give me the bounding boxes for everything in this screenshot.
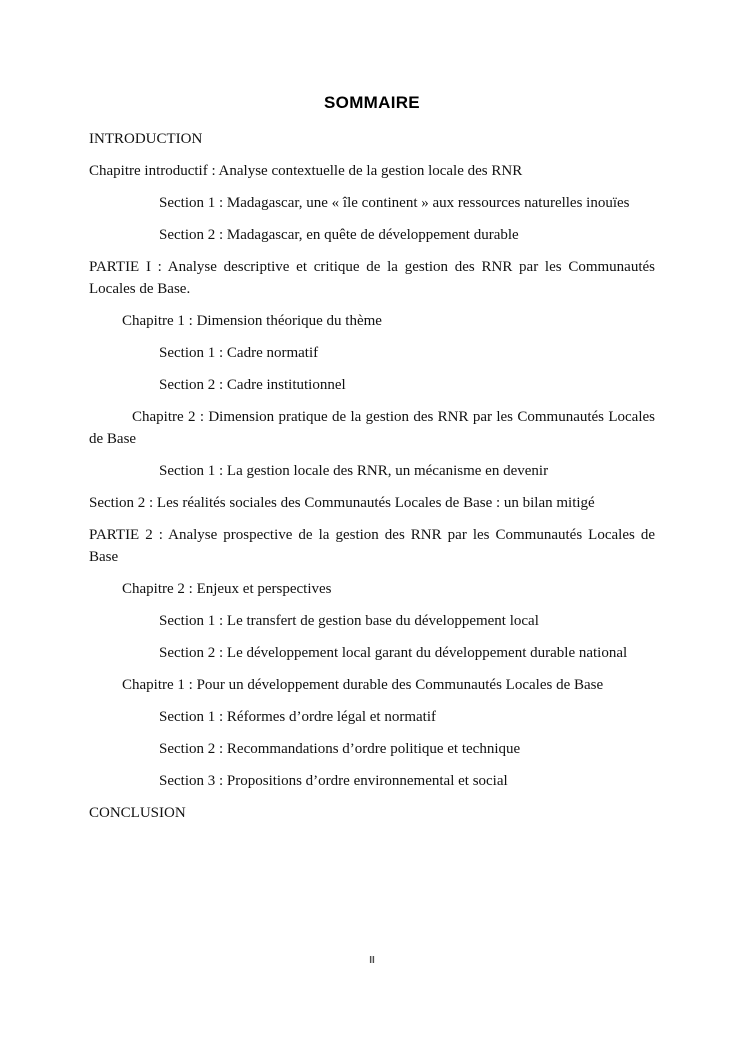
toc-entry: Section 1 : La gestion locale des RNR, u… xyxy=(89,460,655,482)
toc-entry: Section 1 : Cadre normatif xyxy=(89,342,655,364)
toc-entry: PARTIE I : Analyse descriptive et critiq… xyxy=(89,256,655,300)
page-number: II xyxy=(0,955,744,967)
toc-entry: Chapitre introductif : Analyse contextue… xyxy=(89,160,655,182)
toc-entry: Section 1 : Réformes d’ordre légal et no… xyxy=(89,706,655,728)
toc-entry: Chapitre 2 : Dimension pratique de la ge… xyxy=(89,406,655,450)
toc-entry: Chapitre 2 : Enjeux et perspectives xyxy=(89,578,655,600)
toc-entry: Section 2 : Cadre institutionnel xyxy=(89,374,655,396)
toc-list: INTRODUCTIONChapitre introductif : Analy… xyxy=(89,128,655,824)
toc-entry: Section 1 : Madagascar, une « île contin… xyxy=(89,192,655,214)
toc-entry: Section 1 : Le transfert de gestion base… xyxy=(89,610,655,632)
toc-entry: Section 2 : Madagascar, en quête de déve… xyxy=(89,224,655,246)
toc-entry: Section 2 : Les réalités sociales des Co… xyxy=(89,492,655,514)
toc-entry: Section 2 : Le développement local garan… xyxy=(89,642,655,664)
toc-entry: Chapitre 1 : Dimension théorique du thèm… xyxy=(89,310,655,332)
toc-entry: CONCLUSION xyxy=(89,802,655,824)
toc-entry: Section 2 : Recommandations d’ordre poli… xyxy=(89,738,655,760)
document-page: SOMMAIRE INTRODUCTIONChapitre introducti… xyxy=(89,92,655,834)
toc-entry: Chapitre 1 : Pour un développement durab… xyxy=(89,674,655,696)
page-title: SOMMAIRE xyxy=(89,92,655,114)
toc-entry: INTRODUCTION xyxy=(89,128,655,150)
toc-entry: PARTIE 2 : Analyse prospective de la ges… xyxy=(89,524,655,568)
toc-entry: Section 3 : Propositions d’ordre environ… xyxy=(89,770,655,792)
